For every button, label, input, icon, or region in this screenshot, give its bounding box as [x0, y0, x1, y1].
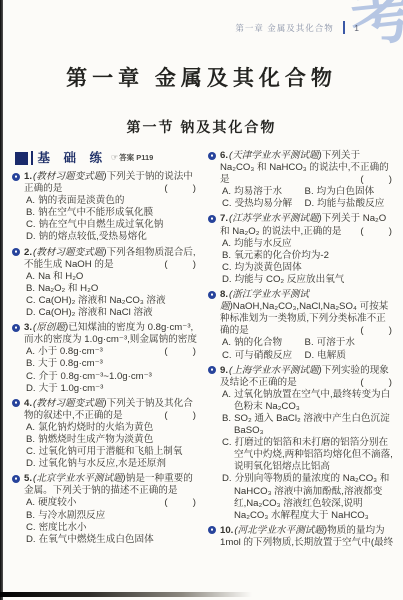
- question-1: 1.(教材习题变式题)下列关于钠的说法中正确的是( ) A.钠的表面是淡黄色的 …: [15, 171, 198, 244]
- question-number: 10.: [220, 525, 233, 536]
- band-square-icon: [15, 152, 28, 165]
- option-b: B.钠燃烧时生成产物为淡黄色: [26, 434, 198, 446]
- option-text: 小于 0.8g·cm⁻³: [38, 346, 103, 357]
- option-d: D.分别向等物质的量浓度的 Na₂CO₃ 和 NaHCO₃ 溶液中滴加酚酞,溶液…: [222, 473, 394, 521]
- option-label: D.: [305, 350, 315, 361]
- option-label: C.: [26, 295, 36, 306]
- option-label: A.: [26, 497, 35, 508]
- option-text: Na 和 H₂O: [38, 271, 83, 282]
- question-3: 3.(原创题)已知煤油的密度为 0.8g·cm⁻³,而水的密度为 1.0g·cm…: [15, 322, 198, 395]
- option-label: B.: [222, 250, 231, 261]
- option-text: 电解质: [317, 350, 346, 361]
- answer-bracket: ( ): [360, 226, 394, 238]
- option-label: D.: [26, 383, 36, 394]
- option-text: 硬度较小: [38, 497, 76, 508]
- answer-reference: ☞答案 P119: [111, 152, 153, 164]
- question-marker-icon: [208, 215, 216, 223]
- running-title: 第一章 金属及其化合物: [235, 22, 333, 34]
- option-text: 大于 1.0g·cm⁻³: [39, 383, 104, 394]
- question-source-tag: (教材习题变式题): [33, 247, 107, 258]
- left-column: 基 础 练 ☞答案 P119 1.(教材习题变式题)下列关于钠的说法中正确的是(…: [15, 150, 198, 552]
- option-c: C.钠在空气中自燃生成过氧化钠: [26, 219, 198, 231]
- question-stem: 10.(河北学业水平测试题)物质的量均为 1mol 的下列物质,长期放置于空气中…: [220, 525, 394, 549]
- option-text: 过氧化钠放置在空气中,最终转变为白色粉末 Na₂CO₃: [234, 389, 390, 412]
- answer-bracket: ( ): [360, 174, 394, 186]
- question-stem: 9.(上海学业水平测试题)下列实验的现象及结论不正确的是( ): [220, 365, 394, 389]
- page-number: 1: [354, 23, 359, 33]
- option-list: A.均能与水反应 B.氧元素的化合价均为-2 C.均为淡黄色固体 D.均能与 C…: [222, 238, 394, 286]
- answer-bracket: ( ): [164, 346, 198, 358]
- question-number: 2.: [24, 247, 32, 258]
- question-7: 7.(江苏学业水平测试题)下列关于 Na₂O 和 Na₂O₂ 的说法中,正确的是…: [211, 213, 394, 286]
- option-label: C.: [26, 522, 36, 533]
- answer-bracket: ( ): [360, 377, 394, 389]
- option-text: 打磨过的铝箔和未打磨的铝箔分别在空气中灼烧,两种铝箔均熔化但不滴落,说明氧化铝熔…: [234, 437, 393, 472]
- option-text: 钠的化合物: [234, 337, 282, 348]
- option-b: B.与冷水剧烈反应: [26, 510, 198, 522]
- option-label: B.: [26, 207, 35, 218]
- option-b: B.均为白色固体: [305, 186, 394, 198]
- option-label: A.: [26, 422, 35, 433]
- question-marker-icon: [12, 399, 20, 407]
- option-label: D.: [26, 458, 36, 469]
- chapter-title: 第一章 金属及其化合物: [0, 62, 403, 92]
- option-label: A.: [222, 389, 231, 400]
- option-text: 氧元素的化合价均为-2: [234, 250, 329, 261]
- option-label: A.: [222, 238, 231, 249]
- option-label: B.: [26, 283, 35, 294]
- option-label: B.: [26, 510, 35, 521]
- scan-edge-left: [0, 0, 3, 600]
- option-label: A.: [26, 271, 35, 282]
- question-source-tag: (北京学业水平测试题): [33, 473, 126, 484]
- option-list: A.均易溶于水 B.均为白色固体 C.受热均易分解 D.均能与盐酸反应: [222, 186, 394, 210]
- option-text: 大于 0.8g·cm⁻³: [38, 358, 103, 369]
- question-marker-icon: [12, 475, 20, 483]
- option-a: A.均能与水反应: [222, 238, 394, 250]
- option-text: 与冷水剧烈反应: [38, 510, 105, 521]
- answer-bracket: ( ): [164, 410, 198, 422]
- question-4: 4.(教材习题变式题)下列关于钠及其化合物的叙述中,不正确的是( ) A.氯化钠…: [15, 398, 198, 471]
- option-text: 均能与盐酸反应: [317, 198, 384, 209]
- question-5: 5.(北京学业水平测试题)钠是一种重要的金属。下列关于钠的描述不正确的是( ) …: [15, 473, 198, 546]
- answer-bracket: ( ): [164, 497, 198, 509]
- question-source-tag: (教材习题变式题): [33, 398, 107, 409]
- question-number: 7.: [220, 213, 228, 224]
- option-text: 钠的表面是淡黄色的: [38, 195, 124, 206]
- right-column: 6.(天津学业水平测试题)下列关于 Na₂CO₃ 和 NaHCO₃ 的说法中,不…: [211, 150, 394, 552]
- question-marker-icon: [208, 152, 216, 160]
- running-header: 第一章 金属及其化合物 1: [235, 21, 359, 34]
- option-text: 钠的熔点较低,受热易熔化: [39, 231, 147, 242]
- option-label: B.: [305, 186, 314, 197]
- question-stem: 4.(教材习题变式题)下列关于钠及其化合物的叙述中,不正确的是( ): [24, 398, 198, 422]
- option-text: 过氧化钠可用于潜艇和飞船上制氧: [39, 446, 183, 457]
- question-number: 6.: [220, 150, 228, 161]
- question-number: 1.: [24, 171, 32, 182]
- textbook-page: 考 第一章 金属及其化合物 1 第一章 金属及其化合物 第一节 钠及其化合物 基…: [0, 0, 403, 600]
- question-2: 2.(教材习题变式题)下列各组物质混合后,不能生成 NaOH 的是( ) A.N…: [15, 247, 198, 320]
- question-10: 10.(河北学业水平测试题)物质的量均为 1mol 的下列物质,长期放置于空气中…: [211, 525, 394, 549]
- option-label: C.: [222, 437, 232, 448]
- option-a: A.氯化钠灼烧时的火焰为黄色: [26, 422, 198, 434]
- basics-practice-band: 基 础 练 ☞答案 P119: [15, 151, 198, 165]
- option-text: 可与硝酸反应: [235, 350, 293, 361]
- question-marker-icon: [12, 173, 20, 181]
- question-marker-icon: [208, 366, 216, 374]
- option-label: B.: [26, 358, 35, 369]
- option-text: 均为白色固体: [317, 186, 375, 197]
- option-text: 过氧化钠与水反应,水是还原剂: [39, 458, 166, 469]
- question-marker-icon: [12, 324, 20, 332]
- option-label: C.: [222, 350, 232, 361]
- question-source-tag: (原创题): [33, 322, 68, 333]
- option-text: 氯化钠灼烧时的火焰为黄色: [38, 422, 153, 433]
- option-label: B.: [222, 413, 231, 424]
- option-b: B.可溶于水: [305, 337, 394, 349]
- option-text: 分别向等物质的量浓度的 Na₂CO₃ 和 NaHCO₃ 溶液中滴加酚酞,溶液都变…: [234, 473, 389, 520]
- option-label: C.: [222, 262, 232, 273]
- option-d: D.过氧化钠与水反应,水是还原剂: [26, 458, 198, 470]
- option-b: B.氧元素的化合价均为-2: [222, 250, 394, 262]
- option-label: D.: [305, 198, 315, 209]
- scan-edge-bottom: [0, 592, 252, 597]
- option-label: A.: [222, 186, 231, 197]
- option-list: A.钠的表面是淡黄色的 B.钠在空气中不能形成氧化膜 C.钠在空气中自燃生成过氧…: [26, 195, 198, 243]
- option-text: SO₂ 通入 BaCl₂ 溶液中产生白色沉淀 BaSO₃: [234, 413, 390, 436]
- option-list: A.钠的化合物 B.可溶于水 C.可与硝酸反应 D.电解质: [222, 337, 394, 361]
- option-label: C.: [26, 371, 36, 382]
- option-list: A.氯化钠灼烧时的火焰为黄色 B.钠燃烧时生成产物为淡黄色 C.过氧化钠可用于潜…: [26, 422, 198, 470]
- header-divider-bar: [343, 21, 346, 34]
- question-source-tag: (天津学业水平测试题): [229, 150, 322, 161]
- question-number: 3.: [24, 322, 32, 333]
- option-a: A.均易溶于水: [222, 186, 305, 198]
- option-list: A.过氧化钠放置在空气中,最终转变为白色粉末 Na₂CO₃ B.SO₂ 通入 B…: [222, 389, 394, 522]
- option-label: B.: [305, 337, 314, 348]
- question-stem: 7.(江苏学业水平测试题)下列关于 Na₂O 和 Na₂O₂ 的说法中,正确的是…: [220, 213, 394, 237]
- option-label: D.: [222, 473, 232, 484]
- option-text: 介于 0.8g·cm⁻³~1.0g·cm⁻³: [39, 371, 152, 382]
- question-stem: 1.(教材习题变式题)下列关于钠的说法中正确的是( ): [24, 171, 198, 195]
- option-c: C.均为淡黄色固体: [222, 262, 394, 274]
- option-c: C.打磨过的铝箔和未打磨的铝箔分别在空气中灼烧,两种铝箔均熔化但不滴落,说明氧化…: [222, 437, 394, 473]
- answer-reference-label: 答案 P119: [119, 153, 153, 162]
- option-label: D.: [222, 274, 232, 285]
- question-number: 4.: [24, 398, 32, 409]
- question-number: 9.: [220, 365, 228, 376]
- option-a: A.过氧化钠放置在空气中,最终转变为白色粉末 Na₂CO₃: [222, 389, 394, 413]
- question-8: 8.(浙江学业水平测试题)NaOH,Na₂CO₃,NaCl,Na₂SO₄ 可按某…: [211, 289, 394, 362]
- question-marker-icon: [208, 526, 216, 534]
- pointer-icon: ☞: [111, 153, 118, 162]
- question-stem: 3.(原创题)已知煤油的密度为 0.8g·cm⁻³,而水的密度为 1.0g·cm…: [24, 322, 198, 346]
- option-c: C.过氧化钠可用于潜艇和飞船上制氧: [26, 446, 198, 458]
- option-text: 均易溶于水: [234, 186, 282, 197]
- option-text: 均能与水反应: [234, 238, 292, 249]
- option-text: Ca(OH)₂ 溶液和 NaCl 溶液: [39, 307, 153, 318]
- question-source-tag: (河北学业水平测试题): [234, 525, 327, 536]
- option-d: D.钠的熔点较低,受热易熔化: [26, 231, 198, 243]
- question-stem: 5.(北京学业水平测试题)钠是一种重要的金属。下列关于钠的描述不正确的是( ): [24, 473, 198, 497]
- option-label: A.: [26, 195, 35, 206]
- option-c: C.受热均易分解: [222, 198, 305, 210]
- option-b: B.SO₂ 通入 BaCl₂ 溶液中产生白色沉淀 BaSO₃: [222, 413, 394, 437]
- option-c: C.介于 0.8g·cm⁻³~1.0g·cm⁻³: [26, 371, 198, 383]
- option-label: C.: [26, 446, 36, 457]
- option-d: D.Ca(OH)₂ 溶液和 NaCl 溶液: [26, 307, 198, 319]
- option-text: 在氧气中燃烧生成白色固体: [39, 534, 154, 545]
- option-text: 均能与 CO₂ 反应放出氧气: [235, 274, 345, 285]
- option-d: D.在氧气中燃烧生成白色固体: [26, 534, 198, 546]
- option-c: C.可与硝酸反应: [222, 350, 305, 362]
- option-b: B.钠在空气中不能形成氧化膜: [26, 207, 198, 219]
- option-a: A.钠的化合物: [222, 337, 305, 349]
- option-text: 钠在空气中不能形成氧化膜: [38, 207, 153, 218]
- option-text: 可溶于水: [317, 337, 355, 348]
- question-number: 5.: [24, 473, 32, 484]
- option-list: A.Na 和 H₂O B.Na₂O₂ 和 H₂O C.Ca(OH)₂ 溶液和 N…: [26, 271, 198, 319]
- option-d: D.均能与 CO₂ 反应放出氧气: [222, 274, 394, 286]
- option-text: 密度比水小: [39, 522, 87, 533]
- option-b: B.大于 0.8g·cm⁻³: [26, 358, 198, 370]
- option-text: Na₂O₂ 和 H₂O: [38, 283, 98, 294]
- option-label: A.: [222, 337, 231, 348]
- question-stem: 8.(浙江学业水平测试题)NaOH,Na₂CO₃,NaCl,Na₂SO₄ 可按某…: [220, 289, 394, 337]
- option-label: D.: [26, 231, 36, 242]
- page-content: 基 础 练 ☞答案 P119 1.(教材习题变式题)下列关于钠的说法中正确的是(…: [0, 137, 403, 552]
- option-text: 钠在空气中自燃生成过氧化钠: [39, 219, 164, 230]
- option-d: D.均能与盐酸反应: [305, 198, 394, 210]
- answer-bracket: ( ): [360, 325, 394, 337]
- option-a: A.钠的表面是淡黄色的: [26, 195, 198, 207]
- option-text: 钠燃烧时生成产物为淡黄色: [38, 434, 153, 445]
- question-source-tag: (教材习题变式题): [33, 171, 107, 182]
- option-text: Ca(OH)₂ 溶液和 Na₂CO₃ 溶液: [39, 295, 166, 306]
- band-label: 基 础 练: [38, 152, 107, 164]
- question-stem: 6.(天津学业水平测试题)下列关于 Na₂CO₃ 和 NaHCO₃ 的说法中,不…: [220, 150, 394, 186]
- question-9: 9.(上海学业水平测试题)下列实验的现象及结论不正确的是( ) A.过氧化钠放置…: [211, 365, 394, 522]
- question-marker-icon: [208, 291, 216, 299]
- option-text: 均为淡黄色固体: [235, 262, 302, 273]
- option-a: A.Na 和 H₂O: [26, 271, 198, 283]
- option-b: B.Na₂O₂ 和 H₂O: [26, 283, 198, 295]
- question-marker-icon: [12, 248, 20, 256]
- question-stem: 2.(教材习题变式题)下列各组物质混合后,不能生成 NaOH 的是( ): [24, 247, 198, 271]
- option-d: D.电解质: [305, 350, 394, 362]
- section-title: 第一节 钠及其化合物: [0, 117, 403, 137]
- question-number: 8.: [220, 289, 228, 300]
- option-label: B.: [26, 434, 35, 445]
- option-label: D.: [26, 307, 36, 318]
- option-label: A.: [26, 346, 35, 357]
- option-c: C.密度比水小: [26, 522, 198, 534]
- question-source-tag: (上海学业水平测试题): [229, 365, 322, 376]
- option-label: D.: [26, 534, 36, 545]
- option-c: C.Ca(OH)₂ 溶液和 Na₂CO₃ 溶液: [26, 295, 198, 307]
- option-d: D.大于 1.0g·cm⁻³: [26, 383, 198, 395]
- answer-bracket: ( ): [164, 259, 198, 271]
- band-divider-icon: [31, 151, 33, 165]
- answer-bracket: ( ): [164, 183, 198, 195]
- option-text: 受热均易分解: [235, 198, 293, 209]
- option-label: C.: [26, 219, 36, 230]
- question-source-tag: (江苏学业水平测试题): [229, 213, 322, 224]
- option-label: C.: [222, 198, 232, 209]
- question-6: 6.(天津学业水平测试题)下列关于 Na₂CO₃ 和 NaHCO₃ 的说法中,不…: [211, 150, 394, 210]
